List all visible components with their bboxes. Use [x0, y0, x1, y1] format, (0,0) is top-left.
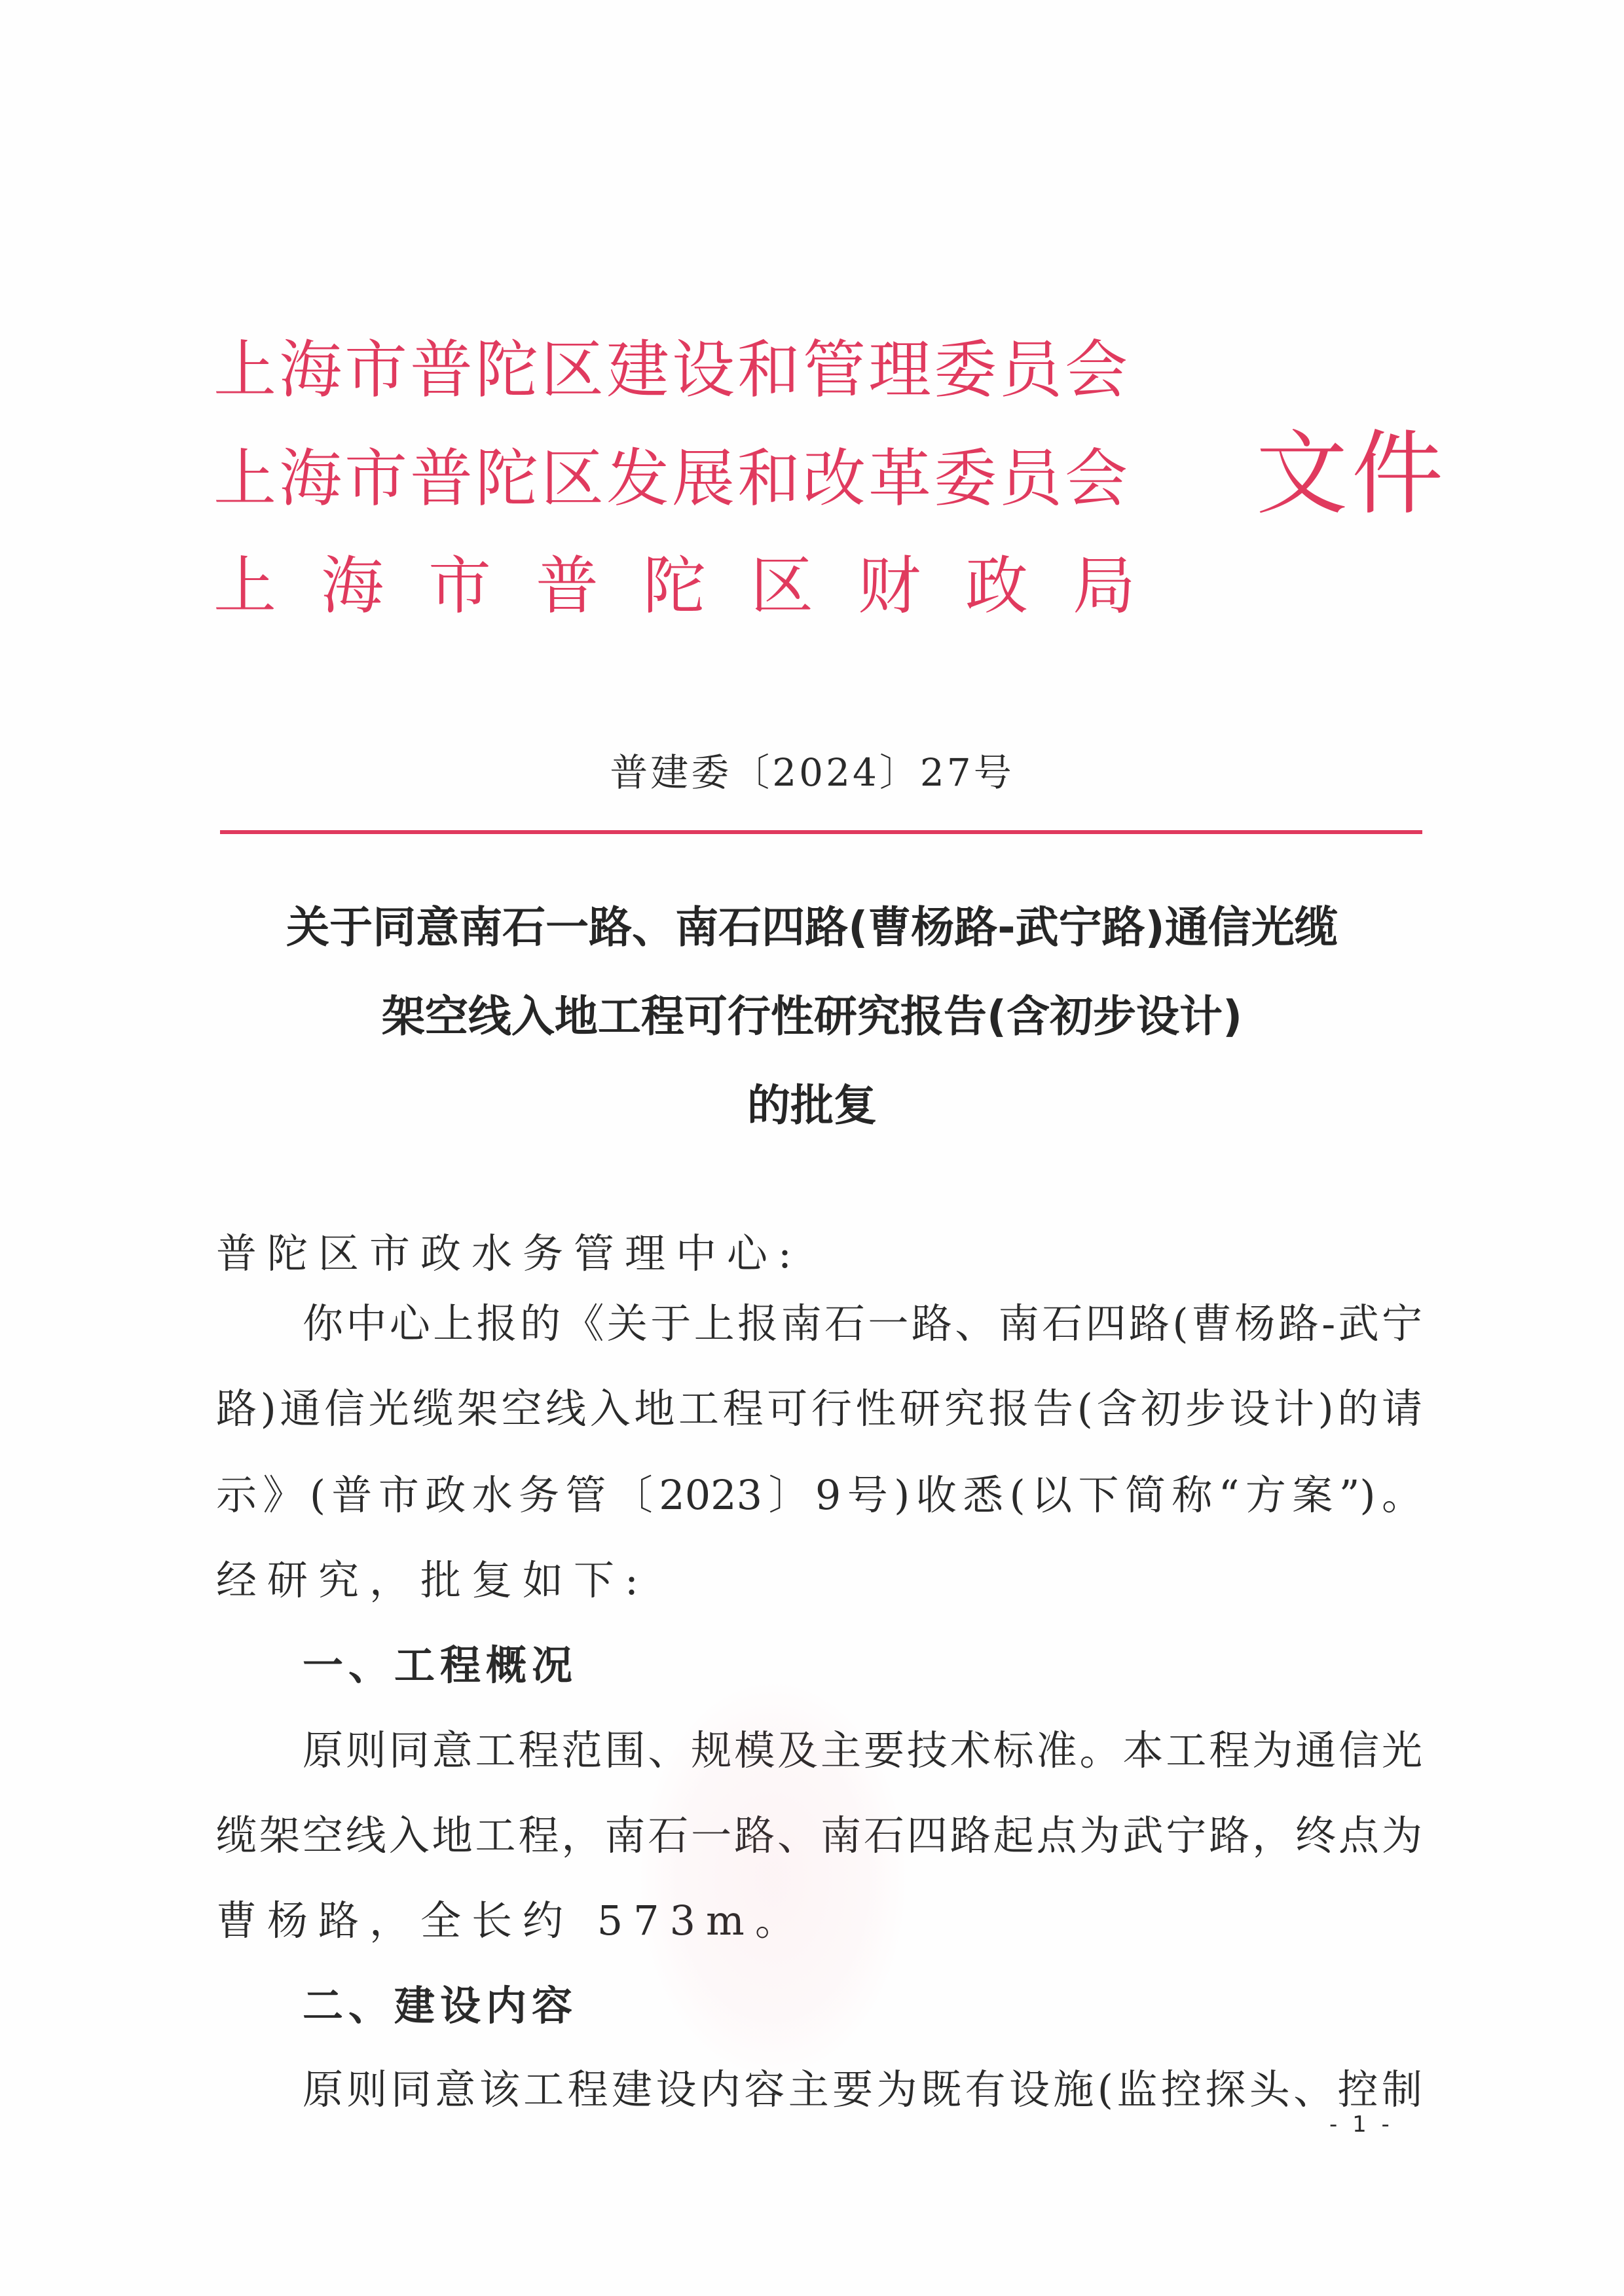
- issuer-finance-bureau: 上海市普陀区财政局: [213, 550, 1180, 622]
- section-1-line-3: 曹杨路，全长约 573m。: [216, 1895, 1422, 1947]
- page-number: - 1 -: [1329, 2111, 1393, 2138]
- issuer-construction-committee: 上海市普陀区建设和管理委员会: [213, 334, 1130, 406]
- document-page: 上海市普陀区建设和管理委员会 上海市普陀区发展和改革委员会 上海市普陀区财政局 …: [0, 0, 1624, 2296]
- document-number: 普建委〔2024〕27号: [0, 746, 1624, 799]
- red-divider: [220, 830, 1422, 834]
- addressee: 普陀区市政水务管理中心:: [216, 1228, 1422, 1280]
- body-line-2: 路)通信光缆架空线入地工程可行性研究报告(含初步设计)的请: [216, 1383, 1422, 1435]
- section-2-line-1: 原则同意该工程建设内容主要为既有设施(监控探头、控制: [216, 2064, 1422, 2116]
- body-line-4: 经研究，批复如下:: [216, 1554, 1422, 1607]
- section-heading-construction: 二、建设内容: [216, 1980, 1422, 2032]
- title-line-3: 的批复: [0, 1076, 1624, 1135]
- issuer-development-reform-committee: 上海市普陀区发展和改革委员会: [213, 443, 1130, 515]
- title-line-2: 架空线入地工程可行性研究报告(含初步设计): [0, 987, 1624, 1046]
- title-line-1: 关于同意南石一路、南石四路(曹杨路-武宁路)通信光缆: [0, 898, 1624, 957]
- document-label: 文件: [1256, 419, 1447, 530]
- body-line-3: 示》(普市政水务管〔2023〕9号)收悉(以下简称“方案”)。: [216, 1469, 1422, 1522]
- body-line-1: 你中心上报的《关于上报南石一路、南石四路(曹杨路-武宁: [216, 1298, 1422, 1350]
- section-1-line-2: 缆架空线入地工程，南石一路、南石四路起点为武宁路，终点为: [216, 1810, 1422, 1862]
- section-heading-overview: 一、工程概况: [216, 1639, 1422, 1692]
- section-1-line-1: 原则同意工程范围、规模及主要技术标准。本工程为通信光: [216, 1724, 1422, 1777]
